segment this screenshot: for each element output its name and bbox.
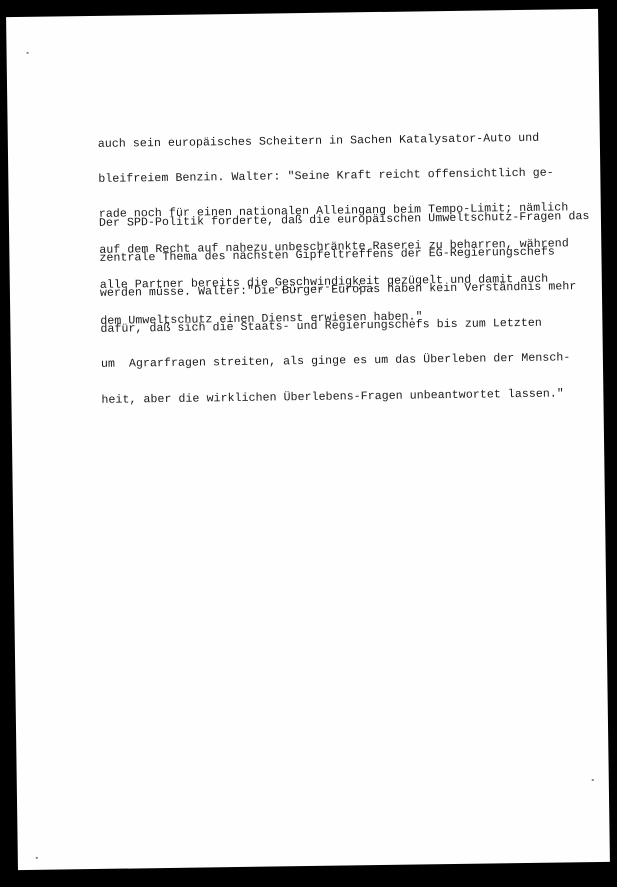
text-line: heit, aber die wirklichen Überlebens-Fra…	[101, 388, 592, 407]
scan-speck	[36, 857, 38, 859]
text-line: um Agrarfragen streiten, als ginge es um…	[101, 352, 592, 371]
text-line: bleifreiem Benzin. Walter: "Seine Kraft …	[98, 167, 568, 185]
scan-speck	[592, 779, 594, 781]
end-separator: .-.-.-.-.-.-.-:-.	[267, 282, 376, 295]
text-line: auch sein europäisches Scheitern in Sach…	[98, 132, 568, 150]
paragraph-2: Der SPD-Politik forderte, daß die europä…	[99, 187, 593, 430]
text-line: dafür, daß sich die Staats- und Regierun…	[100, 317, 591, 336]
scan-speck	[27, 52, 29, 54]
text-line: zentrale Thema des nächsten Gipfeltreffe…	[99, 246, 590, 265]
text-line: Der SPD-Politik forderte, daß die europä…	[99, 211, 590, 230]
scanned-page: auch sein europäisches Scheitern in Sach…	[6, 9, 610, 870]
